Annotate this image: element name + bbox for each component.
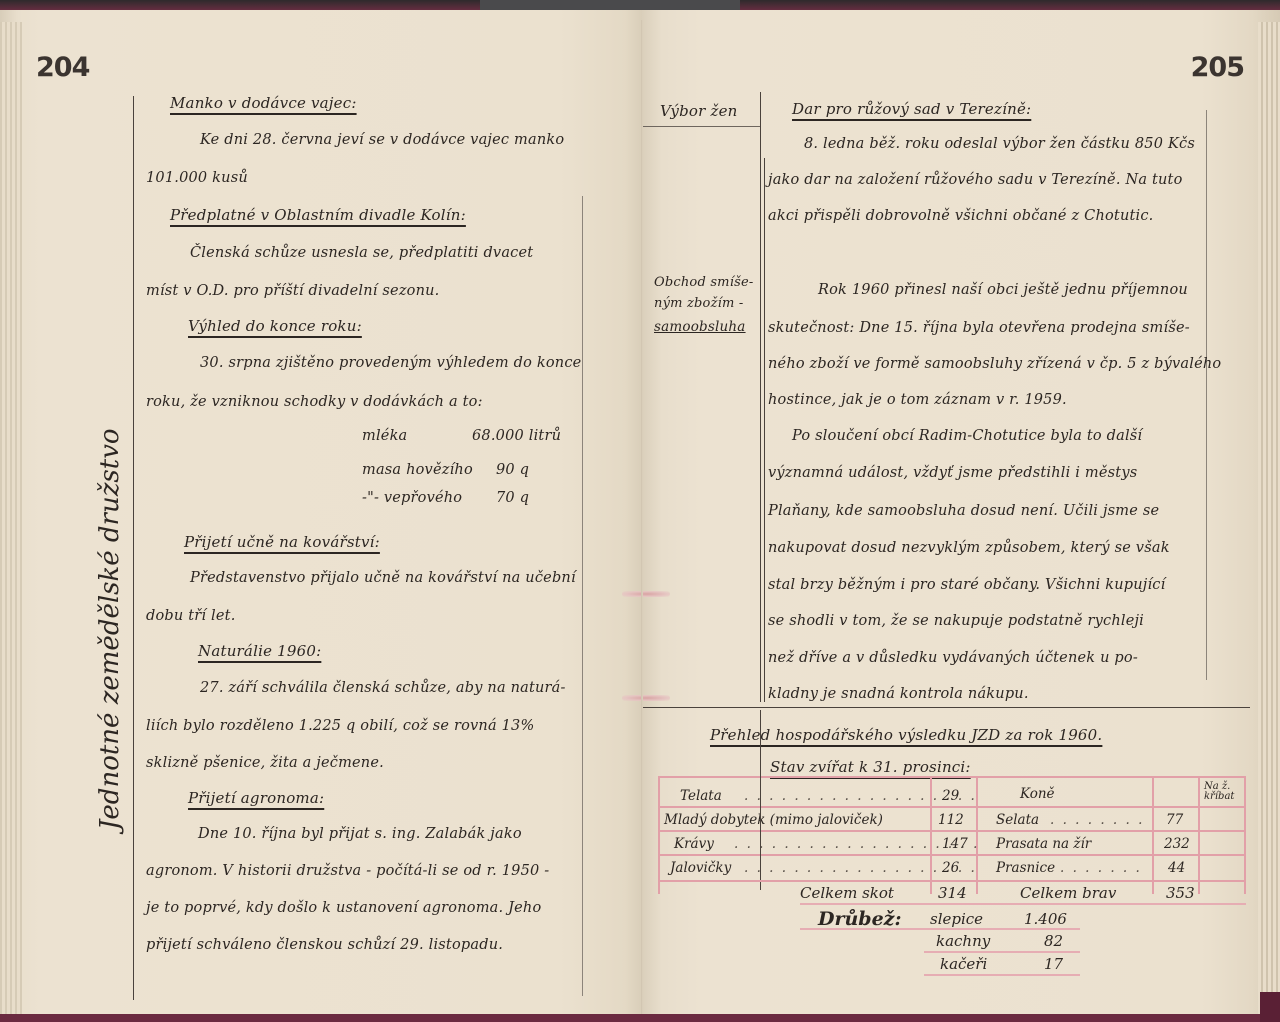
leader-dots: . . . . . . . . xyxy=(1050,812,1144,828)
total-rule xyxy=(800,903,1246,905)
text-line: hostince, jak je o tom záznam v r. 1959. xyxy=(768,392,1067,408)
shortfall-item-label: -"- vepřového xyxy=(362,490,462,506)
table-col-rule xyxy=(1198,776,1200,894)
shortfall-item-label: mléka xyxy=(362,428,407,444)
pigs-value: 77 xyxy=(1166,812,1183,828)
cattle-total-label: Celkem skot xyxy=(800,884,894,902)
section-heading-vyhled: Výhled do konce roku: xyxy=(188,317,362,335)
text-line: kladny je snadná kontrola nákupu. xyxy=(768,686,1029,702)
table-rule xyxy=(658,854,1246,856)
table-col-rule xyxy=(1152,776,1154,894)
cattle-value: 26 xyxy=(942,860,959,876)
text-line: roku, že vzniknou schodky v dodávkách a … xyxy=(146,394,483,410)
text-line: Plaňany, kde samoobsluha dosud není. Uči… xyxy=(768,503,1159,519)
table-col-rule xyxy=(658,776,660,894)
shortfall-item-value: 68.000 litrů xyxy=(472,428,561,444)
text-line: liích bylo rozděleno 1.225 q obilí, což … xyxy=(146,718,534,734)
table-rule xyxy=(658,776,1246,778)
shortfall-item-label: masa hovězího xyxy=(362,462,473,478)
table-inner-rule xyxy=(760,720,761,880)
right-margin-rule xyxy=(1206,110,1207,680)
text-line: 30. srpna zjištěno provedeným výhledem d… xyxy=(200,355,581,371)
right-margin-rule xyxy=(582,196,583,996)
margin-note-obchod: Obchod smíše- xyxy=(654,275,753,290)
page-stack-edge-left xyxy=(0,22,22,1014)
section-heading-predplatne: Předplatné v Oblastním divadle Kolín: xyxy=(170,206,466,224)
pigs-total-label: Celkem brav xyxy=(1020,884,1116,902)
cattle-label: Krávy xyxy=(674,836,714,852)
poultry-item-label: kachny xyxy=(936,932,990,950)
shortfall-item-value: 90 q xyxy=(496,462,529,478)
margin-note-underline xyxy=(642,126,760,127)
margin-note-vybor-zen: Výbor žen xyxy=(660,102,738,120)
cattle-value: 147 xyxy=(942,836,968,852)
text-line: míst v O.D. pro příští divadelní sezonu. xyxy=(146,283,439,299)
cattle-label: Mladý dobytek (mimo jaloviček) xyxy=(664,812,883,828)
margin-column-rule xyxy=(760,92,761,702)
page-number-left: 204 xyxy=(36,52,89,83)
text-line: jako dar na založení růžového sadu v Ter… xyxy=(768,172,1183,188)
binding-thread xyxy=(622,695,670,701)
binding-thread xyxy=(622,591,670,597)
cattle-value: 112 xyxy=(938,812,964,828)
table-rule xyxy=(658,806,1246,808)
poultry-item-value: 1.406 xyxy=(1024,910,1067,928)
text-line: Rok 1960 přinesl naší obci ještě jednu p… xyxy=(818,282,1188,298)
text-line: skutečnost: Dne 15. října byla otevřena … xyxy=(768,320,1190,336)
text-line: významná událost, vždyť jsme předstihli … xyxy=(768,465,1137,481)
book-cover-corner xyxy=(1260,992,1280,1022)
text-line: je to poprvé, kdy došlo k ustanovení agr… xyxy=(146,900,541,916)
poultry-rule xyxy=(924,951,1080,953)
text-line: dobu tří let. xyxy=(146,608,236,624)
text-line: Dne 10. října byl přijat s. ing. Zalabák… xyxy=(198,826,522,842)
table-col-rule xyxy=(1244,776,1246,894)
text-line: 101.000 kusů xyxy=(146,170,248,186)
section-heading-prijeti-ucne: Přijetí učně na kovářství: xyxy=(184,533,380,551)
section-heading-manko: Manko v dodávce vajec: xyxy=(170,94,357,112)
table-rule xyxy=(658,880,1246,882)
pigs-total-value: 353 xyxy=(1166,884,1195,902)
shortfall-item-value: 70 q xyxy=(496,490,529,506)
left-margin-rule xyxy=(133,96,134,1000)
text-line: akci přispěli dobrovolně všichni občané … xyxy=(768,208,1153,224)
pigs-value: 44 xyxy=(1168,860,1185,876)
poultry-rule xyxy=(924,974,1080,976)
text-line: Členská schůze usnesla se, předplatiti d… xyxy=(190,245,533,261)
table-rule xyxy=(658,830,1246,832)
text-line: 27. září schválila členská schůze, aby n… xyxy=(200,680,566,696)
livestock-heading: Stav zvířat k 31. prosinci: xyxy=(770,758,971,776)
book-cover-bottom-edge xyxy=(0,1014,1280,1022)
poultry-label: Drůbež: xyxy=(818,908,901,930)
page-number-right: 205 xyxy=(1191,52,1244,83)
book-gutter xyxy=(641,20,643,1020)
text-line: než dříve a v důsledku vydávaných účtene… xyxy=(768,650,1138,666)
poultry-item-label: slepice xyxy=(930,910,983,928)
text-line: 8. ledna běž. roku odeslal výbor žen čás… xyxy=(804,136,1195,152)
pigs-label: Prasnice xyxy=(996,860,1055,876)
text-line: Představenstvo přijalo učně na kovářství… xyxy=(190,570,576,586)
summary-heading: Přehled hospodářského výsledku JZD za ro… xyxy=(710,726,1102,744)
margin-note-samoobsluha: samoobsluha xyxy=(654,319,746,335)
section-divider xyxy=(642,707,1250,708)
text-line: nakupovat dosud nezvyklým způsobem, kter… xyxy=(768,540,1170,556)
cattle-total-value: 314 xyxy=(938,884,967,902)
pigs-label: Selata xyxy=(996,812,1039,828)
text-line: ného zboží ve formě samoobsluhy zřízená … xyxy=(768,356,1221,372)
pigs-label: Prasata na žír xyxy=(996,836,1091,852)
text-line: sklizně pšenice, žita a ječmene. xyxy=(146,755,384,771)
page-stack-edge-right xyxy=(1258,22,1280,1014)
cattle-value: 29 xyxy=(942,788,959,804)
cattle-label: Jalovičky xyxy=(670,860,731,876)
text-line: stal brzy běžným i pro staré občany. Vši… xyxy=(768,577,1165,593)
text-line: Ke dni 28. června jeví se v dodávce vaje… xyxy=(200,132,564,148)
margin-spine-title: Jednotné zemědělské družstvo xyxy=(95,428,125,830)
pigs-value: 232 xyxy=(1164,836,1190,852)
poultry-item-value: 82 xyxy=(1044,932,1063,950)
section-heading-naturalie: Naturálie 1960: xyxy=(198,642,321,660)
text-line: přijetí schváleno členskou schůzí 29. li… xyxy=(146,937,503,953)
leader-dots: . . . . . . . xyxy=(1060,860,1142,876)
margin-column-rule-inner xyxy=(764,158,765,702)
section-heading-dar: Dar pro růžový sad v Terezíně: xyxy=(792,100,1031,118)
livestock-table: Telata . . . . . . . . . . . . . . . . .… xyxy=(658,776,1246,894)
text-line: se shodli v tom, že se nakupuje podstatn… xyxy=(768,613,1144,629)
poultry-item-value: 17 xyxy=(1044,955,1063,973)
extra-column-header: Na ž. kříbat xyxy=(1204,782,1244,802)
margin-note-obchod: ným zbožím - xyxy=(654,296,743,311)
cattle-label: Telata xyxy=(680,788,722,804)
text-line: Po sloučení obcí Radim-Chotutice byla to… xyxy=(792,428,1142,444)
text-line: agronom. V historii družstva - počítá-li… xyxy=(146,863,549,879)
horses-header: Koně xyxy=(1020,786,1055,802)
poultry-rule xyxy=(800,928,1080,930)
poultry-item-label: kačeři xyxy=(940,955,987,973)
left-page: 204 Jednotné zemědělské družstvo Manko v… xyxy=(0,10,642,1018)
section-heading-prijeti-agronoma: Přijetí agronoma: xyxy=(188,789,324,807)
